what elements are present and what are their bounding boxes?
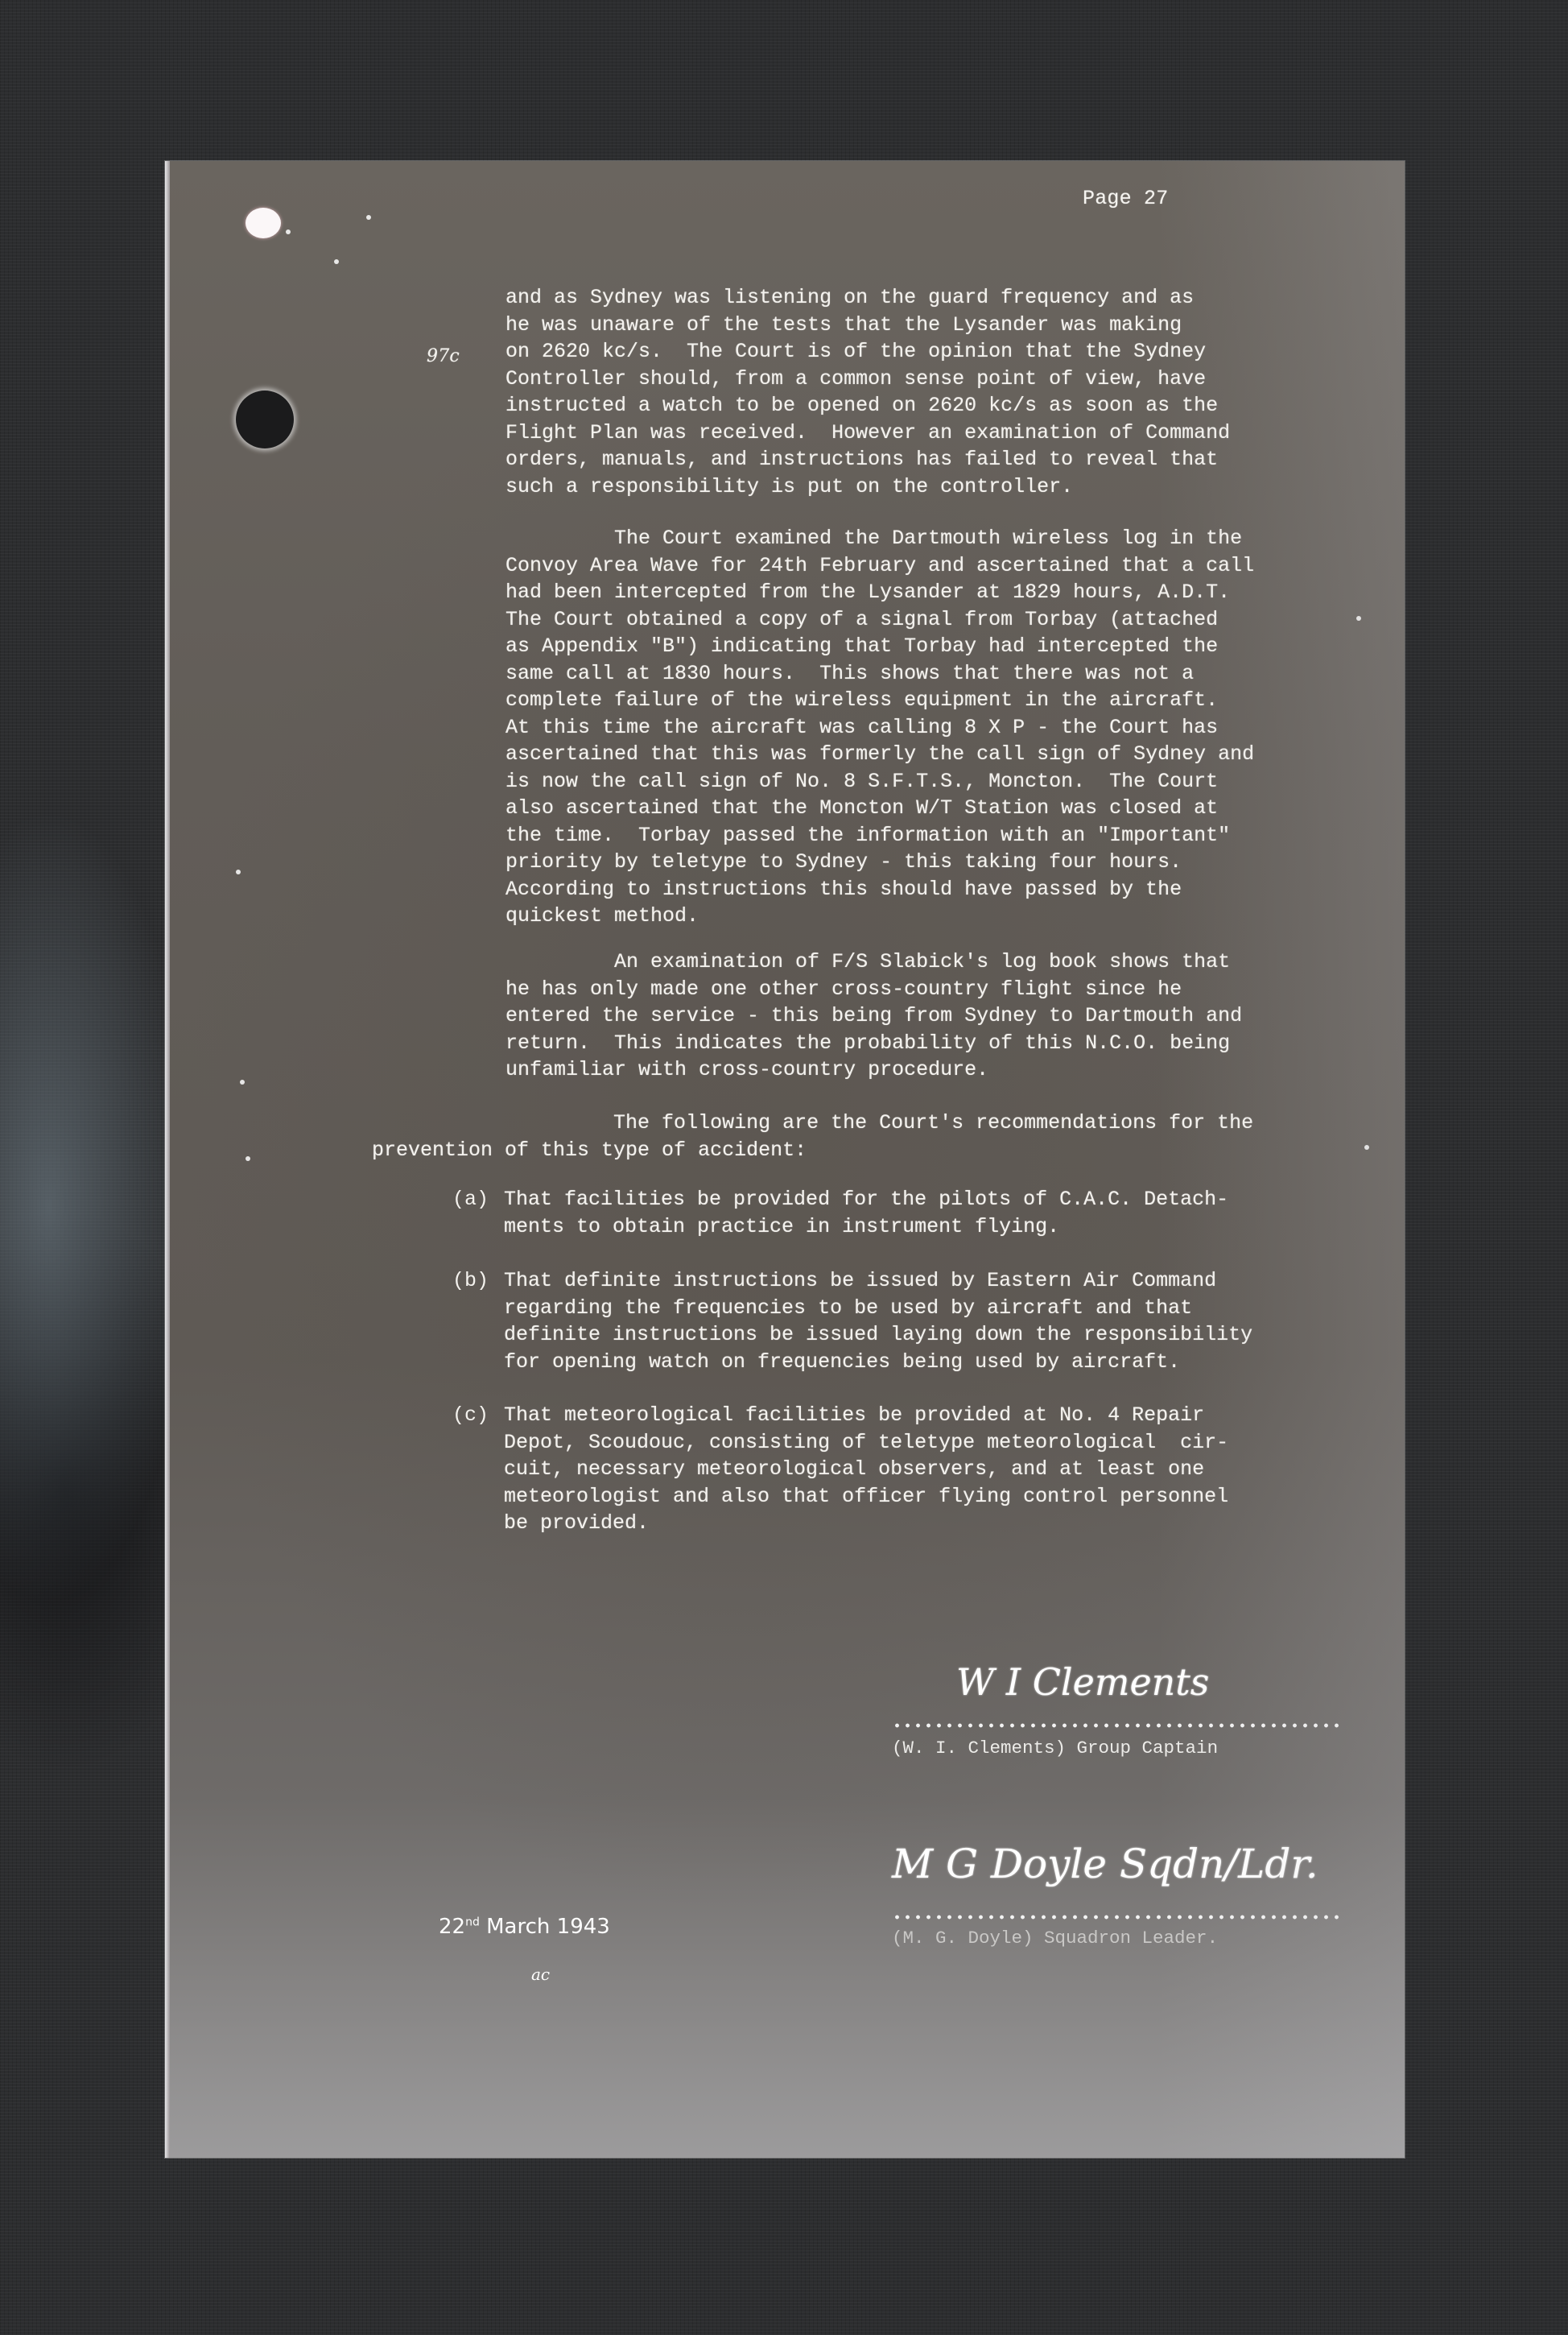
signatory-name: (M. G. Doyle) Squadron Leader.: [892, 1928, 1218, 1949]
item-label: (a): [452, 1186, 489, 1213]
text-line: entered the service - this being from Sy…: [505, 1002, 1242, 1030]
text-line: ascertained that this was formerly the c…: [505, 741, 1254, 768]
text-line: instructed a watch to be opened on 2620 …: [505, 392, 1230, 419]
text-line: Convoy Area Wave for 24th February and a…: [505, 552, 1254, 580]
date-day: 22: [439, 1915, 465, 1939]
text-line: is now the call sign of No. 8 S.F.T.S., …: [505, 768, 1254, 796]
text-line: According to instructions this should ha…: [505, 876, 1254, 903]
text-line: That meteorological facilities be provid…: [504, 1402, 1228, 1429]
text-line: unfamiliar with cross-country procedure.: [505, 1056, 1242, 1084]
dust-speck: [366, 215, 371, 220]
margin-annotation: 97c: [427, 343, 460, 370]
text-line: same call at 1830 hours. This shows that…: [505, 660, 1254, 688]
text-line: complete failure of the wireless equipme…: [505, 687, 1254, 714]
signature-line: [892, 1915, 1343, 1920]
text-line: ments to obtain practice in instrument f…: [504, 1213, 1228, 1241]
text-line: such a responsibility is put on the cont…: [505, 473, 1230, 501]
dust-speck: [286, 229, 291, 234]
text-line: he has only made one other cross-country…: [505, 976, 1242, 1003]
signatory-name: (W. I. Clements) Group Captain: [892, 1738, 1218, 1758]
text-line: be provided.: [504, 1510, 1228, 1537]
paper-left-edge: [165, 161, 170, 2158]
dust-speck: [1364, 1145, 1369, 1150]
paragraph-3: An examination of F/S Slabick's log book…: [505, 948, 1242, 1084]
text-line: the time. Torbay passed the information …: [505, 822, 1254, 849]
text-line: The Court examined the Dartmouth wireles…: [505, 525, 1254, 552]
dust-speck: [236, 870, 241, 874]
text-line: Depot, Scoudouc, consisting of teletype …: [504, 1429, 1228, 1457]
date-suffix: nd: [465, 1916, 480, 1928]
text-line: That facilities be provided for the pilo…: [504, 1186, 1228, 1213]
dust-speck: [334, 259, 339, 264]
paragraph-2: The Court examined the Dartmouth wireles…: [505, 525, 1254, 930]
punch-hole: [236, 391, 294, 448]
paragraph-1: and as Sydney was listening on the guard…: [505, 284, 1230, 500]
handwritten-initials: ac: [531, 1965, 550, 1984]
text-line: meteorologist and also that officer flyi…: [504, 1483, 1228, 1511]
text-line: he was unaware of the tests that the Lys…: [505, 312, 1230, 339]
text-line: quickest method.: [505, 903, 1254, 930]
item-label: (b): [452, 1267, 489, 1295]
text-line: definite instructions be issued laying d…: [504, 1321, 1252, 1349]
text-line: The Court obtained a copy of a signal fr…: [505, 606, 1254, 634]
text-line: for opening watch on frequencies being u…: [504, 1349, 1252, 1376]
text-line: An examination of F/S Slabick's log book…: [505, 948, 1242, 976]
text-line: regarding the frequencies to be used by …: [504, 1295, 1252, 1322]
text-line: and as Sydney was listening on the guard…: [505, 284, 1230, 312]
document-page: Page 27 97c and as Sydney was listening …: [165, 161, 1405, 2158]
text-line: priority by teletype to Sydney - this ta…: [505, 849, 1254, 876]
text-line: prevention of this type of accident:: [372, 1137, 1253, 1164]
text-line: That definite instructions be issued by …: [504, 1267, 1252, 1295]
text-line: return. This indicates the probability o…: [505, 1030, 1242, 1057]
punch-hole-top: [246, 208, 281, 238]
recommendations-intro: The following are the Court's recommenda…: [372, 1110, 1253, 1163]
dust-speck: [246, 1156, 250, 1161]
text-line: as Appendix "B") indicating that Torbay …: [505, 633, 1254, 660]
dust-speck: [1356, 616, 1361, 621]
text-line: cuit, necessary meteorological observers…: [504, 1456, 1228, 1483]
text-line: also ascertained that the Moncton W/T St…: [505, 795, 1254, 822]
handwritten-signature: W I Clements: [956, 1660, 1209, 1704]
dust-speck: [240, 1080, 245, 1085]
item-label: (c): [452, 1402, 489, 1429]
text-line: on 2620 kc/s. The Court is of the opinio…: [505, 338, 1230, 366]
text-line: had been intercepted from the Lysander a…: [505, 579, 1254, 606]
text-line: At this time the aircraft was calling 8 …: [505, 714, 1254, 742]
date-month-year: March 1943: [480, 1915, 610, 1939]
signature-line: [892, 1723, 1343, 1728]
text-line: Controller should, from a common sense p…: [505, 366, 1230, 393]
page-number: Page 27: [1083, 185, 1168, 213]
text-line: The following are the Court's recommenda…: [372, 1110, 1253, 1137]
handwritten-date: 22nd March 1943: [439, 1915, 610, 1939]
text-line: orders, manuals, and instructions has fa…: [505, 446, 1230, 473]
handwritten-signature: M G Doyle Sqdn/Ldr.: [892, 1841, 1318, 1887]
text-line: Flight Plan was received. However an exa…: [505, 419, 1230, 447]
